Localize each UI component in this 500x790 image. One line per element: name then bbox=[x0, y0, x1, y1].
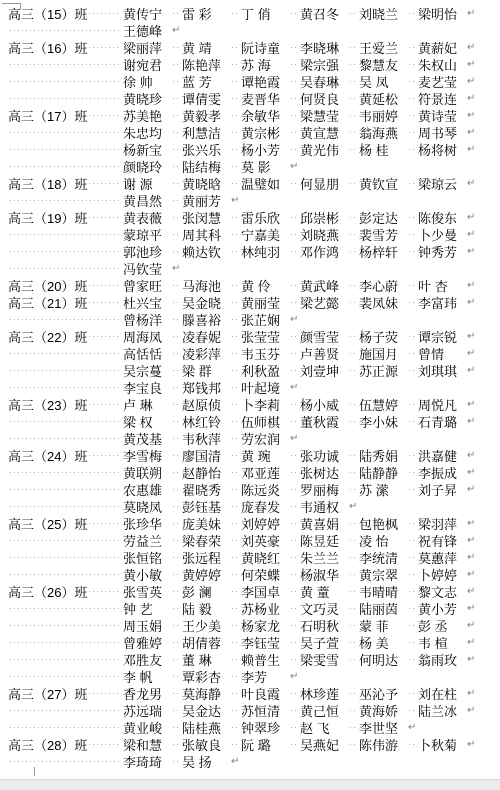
student-name-cell: 刘晓兰 bbox=[359, 4, 418, 23]
roster-line: 曾杨洋滕喜裕张芷娴↵ bbox=[8, 311, 492, 328]
tab-leader-dots bbox=[173, 489, 180, 490]
student-name: 梁琼云 bbox=[418, 174, 466, 193]
tab-leader-dots bbox=[232, 591, 239, 592]
tab-leader-dots bbox=[409, 115, 416, 116]
tab-leader-dots bbox=[291, 523, 298, 524]
tab-leader-dots bbox=[291, 421, 298, 422]
tab-leader-dots bbox=[291, 472, 298, 473]
student-name: 刘琪琪 bbox=[418, 361, 466, 380]
class-label-cell: 高三（16）班 bbox=[8, 38, 123, 57]
tab-leader-dots bbox=[173, 744, 180, 745]
tab-leader-dots bbox=[10, 659, 121, 660]
paragraph-return-mark: ↵ bbox=[349, 498, 357, 515]
tab-leader-dots bbox=[291, 608, 298, 609]
roster-line: 黄业峻陆桂燕钟翠珍赵 飞李世坚↵ bbox=[8, 719, 492, 736]
class-label: 高三（25）班 bbox=[8, 514, 87, 533]
paragraph-return-mark: ↵ bbox=[467, 583, 475, 600]
tab-leader-dots bbox=[232, 744, 239, 745]
paragraph-return-mark: ↵ bbox=[467, 73, 475, 90]
roster-line: 徐 帅蓝 芳谭艳霞吴春琳吴 凤麦艺莹↵ bbox=[8, 73, 492, 90]
roster-line: 钟 艺陆 毅苏杨业文巧灵陆丽茵黄小芳↵ bbox=[8, 600, 492, 617]
continuation-indent-cell bbox=[8, 98, 123, 99]
continuation-indent-cell bbox=[8, 608, 123, 609]
roster-line: 黄联朔赵静怡邓亚莲张树达陆静静李振成↵ bbox=[8, 464, 492, 481]
continuation-indent-cell bbox=[8, 132, 123, 133]
tab-leader-dots bbox=[173, 149, 180, 150]
roster-line: 黄茂基韦秋萍劳宏润↵ bbox=[8, 430, 492, 447]
continuation-indent-cell bbox=[8, 166, 123, 167]
paragraph-return-mark: ↵ bbox=[290, 311, 298, 328]
tab-leader-dots bbox=[173, 387, 180, 388]
tab-leader-dots bbox=[409, 659, 416, 660]
continuation-indent-cell bbox=[8, 506, 123, 507]
roster-line: 高三（26）班张雪英彭 澜李国卓黄 蕫韦晴晴黎文志↵ bbox=[8, 583, 492, 600]
roster-line: 黄小敏黄婷婷何荣蝶杨淑华黄宗翠卜婷婷↵ bbox=[8, 566, 492, 583]
class-label-cell: 高三（24）班 bbox=[8, 446, 123, 465]
roster-line: 高恬恬凌彩萍韦玉芬卢善贤施国月曾情↵ bbox=[8, 345, 492, 362]
continuation-indent-cell bbox=[8, 370, 123, 371]
tab-leader-dots bbox=[291, 574, 298, 575]
tab-leader-dots bbox=[291, 353, 298, 354]
paragraph-return-mark: ↵ bbox=[467, 5, 475, 22]
paragraph-return-mark: ↵ bbox=[467, 396, 475, 413]
student-name: 董秋霞 bbox=[300, 412, 348, 431]
tab-leader-dots bbox=[232, 659, 239, 660]
tab-leader-dots bbox=[291, 727, 298, 728]
tab-leader-dots bbox=[350, 149, 357, 150]
tab-leader-dots bbox=[173, 642, 180, 643]
tab-leader-dots bbox=[173, 761, 180, 762]
student-name: 刘子昇 bbox=[418, 480, 466, 499]
tab-leader-dots bbox=[291, 64, 298, 65]
roster-line: 高三（24）班李雪梅廖国清黄 琬张功诚陆秀娟洪嘉健↵ bbox=[8, 447, 492, 464]
roster-line: 邓胜友董 琳赖普生梁雯雪何明达翁雨玫↵ bbox=[8, 651, 492, 668]
student-name-cell: 杨 桂 bbox=[359, 140, 418, 159]
student-name-cell: 翁雨玫 bbox=[418, 650, 466, 669]
class-label-cell: 高三（18）班 bbox=[8, 174, 123, 193]
tab-leader-dots bbox=[409, 302, 416, 303]
tab-leader-dots bbox=[350, 642, 357, 643]
roster-line: 颜晓玲陆结梅莫 影↵ bbox=[8, 158, 492, 175]
roster-line: 张恒铭张远程黄晓红朱兰兰李统清莫蕙萍↵ bbox=[8, 549, 492, 566]
tab-leader-dots bbox=[89, 336, 121, 337]
paragraph-return-mark: ↵ bbox=[467, 685, 475, 702]
continuation-indent-cell bbox=[8, 676, 123, 677]
student-name-cell: 梁琼云 bbox=[418, 174, 466, 193]
tab-leader-dots bbox=[409, 81, 416, 82]
roster-line: 高三（17）班苏美艳黄毅孝余敏华梁慧莹韦丽婷黄诗莹↵ bbox=[8, 107, 492, 124]
student-name: 赖达钦 bbox=[182, 242, 230, 261]
tab-leader-dots bbox=[232, 625, 239, 626]
tab-leader-dots bbox=[409, 98, 416, 99]
student-name-cell: 吴 扬 bbox=[182, 752, 230, 771]
tab-leader-dots bbox=[232, 642, 239, 643]
class-label: 高三（17）班 bbox=[8, 106, 87, 125]
tab-leader-dots bbox=[232, 472, 239, 473]
tab-leader-dots bbox=[173, 404, 180, 405]
tab-leader-dots bbox=[350, 81, 357, 82]
tab-leader-dots bbox=[232, 438, 239, 439]
tab-leader-dots bbox=[89, 744, 121, 745]
student-name-cell: 刘子昇 bbox=[418, 480, 466, 499]
paragraph-return-mark: ↵ bbox=[231, 192, 239, 209]
tab-leader-dots bbox=[409, 710, 416, 711]
tab-leader-dots bbox=[350, 234, 357, 235]
tab-leader-dots bbox=[10, 642, 121, 643]
student-name: 林纯羽 bbox=[241, 242, 289, 261]
student-name: 苏 潆 bbox=[359, 480, 407, 499]
student-name: 吴燕妃 bbox=[300, 735, 348, 754]
roster-line: 高三（28）班梁和慧张敏良阮 璐吴燕妃陈伟游卜秋菊↵ bbox=[8, 736, 492, 753]
tab-leader-dots bbox=[291, 251, 298, 252]
tab-leader-dots bbox=[232, 353, 239, 354]
tab-leader-dots bbox=[10, 608, 121, 609]
class-label-cell: 高三（21）班 bbox=[8, 293, 123, 312]
tab-leader-dots bbox=[173, 13, 180, 14]
paragraph-return-mark: ↵ bbox=[467, 294, 475, 311]
tab-leader-dots bbox=[173, 472, 180, 473]
paragraph-return-mark: ↵ bbox=[467, 345, 475, 362]
tab-leader-dots bbox=[291, 370, 298, 371]
roster-line: 莫晓凤彭钰基庞春发韦通权↵ bbox=[8, 498, 492, 515]
tab-leader-dots bbox=[409, 217, 416, 218]
student-name-cell: 黄钦宣 bbox=[359, 174, 418, 193]
tab-leader-dots bbox=[173, 591, 180, 592]
tab-leader-dots bbox=[89, 302, 121, 303]
tab-leader-dots bbox=[232, 506, 239, 507]
tab-leader-dots bbox=[232, 455, 239, 456]
tab-leader-dots bbox=[232, 13, 239, 14]
tab-leader-dots bbox=[173, 540, 180, 541]
continuation-indent-cell bbox=[8, 540, 123, 541]
paragraph-return-mark: ↵ bbox=[467, 90, 475, 107]
tab-leader-dots bbox=[10, 251, 121, 252]
tab-leader-dots bbox=[291, 81, 298, 82]
tab-leader-dots bbox=[232, 132, 239, 133]
tab-leader-dots bbox=[232, 693, 239, 694]
tab-leader-dots bbox=[173, 47, 180, 48]
student-name-cell: 雷 彩 bbox=[182, 4, 241, 23]
tab-leader-dots bbox=[350, 285, 357, 286]
tab-leader-dots bbox=[173, 132, 180, 133]
class-label-cell: 高三（19）班 bbox=[8, 208, 123, 227]
student-name-cell: 邓作鸿 bbox=[300, 242, 359, 261]
roster-line: 农惠雄翟晓秀陈远炎罗丽梅苏 潆刘子昇↵ bbox=[8, 481, 492, 498]
tab-leader-dots bbox=[409, 472, 416, 473]
roster-line: 黄晓珍谭倩雯麦晋华何贤良黄延松符景连↵ bbox=[8, 90, 492, 107]
tab-leader-dots bbox=[409, 183, 416, 184]
student-name-cell: 石青璐 bbox=[418, 412, 466, 431]
roster-line: 高三（21）班杜兴宝吴金晓黄丽莹梁艺懿裴凤妹李富玮↵ bbox=[8, 294, 492, 311]
continuation-indent-cell bbox=[8, 251, 123, 252]
student-name: 陈伟游 bbox=[359, 735, 407, 754]
tab-leader-dots bbox=[10, 574, 121, 575]
tab-leader-dots bbox=[89, 285, 121, 286]
tab-leader-dots bbox=[350, 625, 357, 626]
tab-leader-dots bbox=[232, 676, 239, 677]
paragraph-return-mark: ↵ bbox=[467, 328, 475, 345]
tab-leader-dots bbox=[291, 489, 298, 490]
student-name: 李小妹 bbox=[359, 412, 407, 431]
tab-leader-dots bbox=[173, 200, 180, 201]
tab-leader-dots bbox=[350, 98, 357, 99]
class-label-cell: 高三（27）班 bbox=[8, 684, 123, 703]
class-label-cell: 高三（28）班 bbox=[8, 735, 123, 754]
student-name: 黄召冬 bbox=[300, 4, 348, 23]
continuation-indent-cell bbox=[8, 710, 123, 711]
tab-leader-dots bbox=[291, 183, 298, 184]
tab-leader-dots bbox=[173, 353, 180, 354]
tab-leader-dots bbox=[291, 642, 298, 643]
class-label: 高三（28）班 bbox=[8, 735, 87, 754]
tab-leader-dots bbox=[409, 625, 416, 626]
tab-leader-dots bbox=[10, 166, 121, 167]
tab-leader-dots bbox=[350, 421, 357, 422]
tab-leader-dots bbox=[232, 540, 239, 541]
tab-leader-dots bbox=[350, 132, 357, 133]
student-name-cell: 董秋霞 bbox=[300, 412, 359, 431]
student-name-cell: 卜秋菊 bbox=[418, 735, 466, 754]
tab-leader-dots bbox=[173, 625, 180, 626]
tab-leader-dots bbox=[232, 574, 239, 575]
tab-leader-dots bbox=[232, 98, 239, 99]
continuation-indent-cell bbox=[8, 642, 123, 643]
tab-leader-dots bbox=[409, 370, 416, 371]
roster-line: 郭池珍赖达钦林纯羽邓作鸿杨梓轩钟秀芳↵ bbox=[8, 243, 492, 260]
tab-leader-dots bbox=[350, 744, 357, 745]
student-name: 雷 彩 bbox=[182, 4, 230, 23]
paragraph-return-mark: ↵ bbox=[467, 600, 475, 617]
tab-leader-dots bbox=[173, 659, 180, 660]
student-name: 丁 俏 bbox=[241, 4, 289, 23]
tab-leader-dots bbox=[409, 132, 416, 133]
tab-leader-dots bbox=[409, 489, 416, 490]
tab-leader-dots bbox=[10, 472, 121, 473]
tab-leader-dots bbox=[232, 421, 239, 422]
tab-leader-dots bbox=[10, 81, 121, 82]
paragraph-return-mark: ↵ bbox=[467, 447, 475, 464]
tab-leader-dots bbox=[173, 421, 180, 422]
paragraph-return-mark: ↵ bbox=[467, 464, 475, 481]
tab-leader-dots bbox=[291, 217, 298, 218]
tab-leader-dots bbox=[291, 47, 298, 48]
tab-leader-dots bbox=[173, 455, 180, 456]
tab-leader-dots bbox=[10, 64, 121, 65]
tab-leader-dots bbox=[350, 455, 357, 456]
paragraph-return-mark: ↵ bbox=[467, 362, 475, 379]
tab-leader-dots bbox=[350, 302, 357, 303]
tab-leader-dots bbox=[409, 47, 416, 48]
tab-leader-dots bbox=[291, 455, 298, 456]
tab-leader-dots bbox=[232, 608, 239, 609]
tab-leader-dots bbox=[89, 115, 121, 116]
tab-leader-dots bbox=[409, 149, 416, 150]
tab-leader-dots bbox=[173, 557, 180, 558]
tab-leader-dots bbox=[350, 574, 357, 575]
student-name-cell: 钟秀芳 bbox=[418, 242, 466, 261]
student-name-cell: 李小妹 bbox=[359, 412, 418, 431]
student-name: 黄光伟 bbox=[300, 140, 348, 159]
tab-leader-dots bbox=[232, 183, 239, 184]
student-name: 黄钦宣 bbox=[359, 174, 407, 193]
tab-leader-dots bbox=[291, 506, 298, 507]
paragraph-return-mark: ↵ bbox=[290, 379, 298, 396]
tab-leader-dots bbox=[173, 710, 180, 711]
paragraph-return-mark: ↵ bbox=[408, 719, 416, 736]
tab-leader-dots bbox=[173, 336, 180, 337]
tab-leader-dots bbox=[350, 404, 357, 405]
class-label-cell: 高三（25）班 bbox=[8, 514, 123, 533]
tab-leader-dots bbox=[409, 251, 416, 252]
paragraph-return-mark: ↵ bbox=[467, 277, 475, 294]
tab-leader-dots bbox=[173, 64, 180, 65]
tab-leader-dots bbox=[232, 404, 239, 405]
roster-line: 周玉娟王少美杨家龙石明秋蒙 菲彭 丞↵ bbox=[8, 617, 492, 634]
roster-line: 劳益兰梁春荣刘英豪陈昱廷凌 怡祝有锋↵ bbox=[8, 532, 492, 549]
tab-leader-dots bbox=[10, 353, 121, 354]
tab-leader-dots bbox=[232, 47, 239, 48]
tab-leader-dots bbox=[291, 336, 298, 337]
tab-leader-dots bbox=[10, 506, 121, 507]
student-name: 杨将树 bbox=[418, 140, 466, 159]
class-label: 高三（27）班 bbox=[8, 684, 87, 703]
student-name: 苏正源 bbox=[359, 361, 407, 380]
continuation-indent-cell bbox=[8, 149, 123, 150]
student-name-cell: 李富玮 bbox=[418, 293, 466, 312]
tab-leader-dots bbox=[409, 608, 416, 609]
continuation-indent-cell bbox=[8, 353, 123, 354]
roster-line: 朱忠均利慧洁黄宗彬黄宣慧翁海燕周书琴↵ bbox=[8, 124, 492, 141]
tab-leader-dots bbox=[10, 370, 121, 371]
tab-leader-dots bbox=[232, 81, 239, 82]
roster-line: 苏远瑞吴金达苏恒清黄己恒黄海娇陆兰冰↵ bbox=[8, 702, 492, 719]
paragraph-return-mark: ↵ bbox=[172, 260, 180, 277]
student-name-cell: 李琦琦 bbox=[123, 752, 182, 771]
roster-line: 李 帆覃彩杏李芳↵ bbox=[8, 668, 492, 685]
tab-leader-dots bbox=[89, 455, 121, 456]
roster-line: 高三（23）班卢 琳赵原侦卜李莉杨小威伍慧婷周悦凡↵ bbox=[8, 396, 492, 413]
continuation-indent-cell bbox=[8, 727, 123, 728]
roster-line: 吴宗蔓梁 群利秋盈刘壹坤苏正源刘琪琪↵ bbox=[8, 362, 492, 379]
tab-leader-dots bbox=[409, 557, 416, 558]
tab-leader-dots bbox=[10, 625, 121, 626]
tab-leader-dots bbox=[232, 370, 239, 371]
paragraph-return-mark: ↵ bbox=[467, 56, 475, 73]
paragraph-return-mark: ↵ bbox=[290, 668, 298, 685]
tab-leader-dots bbox=[89, 47, 121, 48]
student-name: 杨 桂 bbox=[359, 140, 407, 159]
student-name: 梁艺懿 bbox=[300, 293, 348, 312]
tab-leader-dots bbox=[291, 625, 298, 626]
student-name-cell: 赖达钦 bbox=[182, 242, 241, 261]
student-name-cell: 杨将树 bbox=[418, 140, 466, 159]
student-name: 梁明怡 bbox=[418, 4, 466, 23]
tab-leader-dots bbox=[291, 659, 298, 660]
paragraph-return-mark: ↵ bbox=[467, 141, 475, 158]
tab-leader-dots bbox=[10, 710, 121, 711]
tab-leader-dots bbox=[10, 676, 121, 677]
tab-leader-dots bbox=[173, 166, 180, 167]
tab-leader-dots bbox=[409, 744, 416, 745]
student-name-cell: 黄光伟 bbox=[300, 140, 359, 159]
roster-line: 黄昌然黄丽芳↵ bbox=[8, 192, 492, 209]
student-name: 陆兰冰 bbox=[418, 701, 466, 720]
student-name-cell: 裴凤妹 bbox=[359, 293, 418, 312]
paragraph-return-mark: ↵ bbox=[467, 243, 475, 260]
tab-leader-dots bbox=[173, 319, 180, 320]
tab-leader-dots bbox=[409, 285, 416, 286]
roster-line: 蒙琼平周其科宁嘉美刘晓燕裴雪芳卜少曼↵ bbox=[8, 226, 492, 243]
roster-line: 高三（15）班黄传宁雷 彩丁 俏黄召冬刘晓兰梁明怡↵ bbox=[8, 5, 492, 22]
continuation-indent-cell bbox=[8, 30, 123, 31]
class-label: 高三（21）班 bbox=[8, 293, 87, 312]
continuation-indent-cell bbox=[8, 421, 123, 422]
tab-leader-dots bbox=[10, 132, 121, 133]
tab-leader-dots bbox=[232, 115, 239, 116]
tab-leader-dots bbox=[291, 13, 298, 14]
tab-leader-dots bbox=[173, 115, 180, 116]
student-name: 刘壹坤 bbox=[300, 361, 348, 380]
paragraph-return-mark: ↵ bbox=[467, 124, 475, 141]
continuation-indent-cell bbox=[8, 387, 123, 388]
paragraph-return-mark: ↵ bbox=[467, 226, 475, 243]
tab-leader-dots bbox=[409, 523, 416, 524]
tab-leader-dots bbox=[350, 727, 357, 728]
tab-leader-dots bbox=[350, 336, 357, 337]
tab-leader-dots bbox=[173, 81, 180, 82]
tab-leader-dots bbox=[89, 217, 121, 218]
tab-leader-dots bbox=[10, 268, 121, 269]
tab-leader-dots bbox=[350, 370, 357, 371]
tab-leader-dots bbox=[10, 421, 121, 422]
student-name-cell: 刘壹坤 bbox=[300, 361, 359, 380]
tab-leader-dots bbox=[409, 421, 416, 422]
continuation-indent-cell bbox=[8, 438, 123, 439]
roster-line: 曾雅婷胡倩蓉李钰莹吴子萱杨 美韦 楦↵ bbox=[8, 634, 492, 651]
paragraph-return-mark: ↵ bbox=[172, 22, 180, 39]
roster-line: 杨新宝张兴乐杨小芳黄光伟杨 桂杨将树↵ bbox=[8, 141, 492, 158]
paragraph-return-mark: ↵ bbox=[467, 515, 475, 532]
tab-leader-dots bbox=[409, 574, 416, 575]
tab-leader-dots bbox=[232, 727, 239, 728]
tab-leader-dots bbox=[291, 115, 298, 116]
tab-leader-dots bbox=[409, 64, 416, 65]
tab-leader-dots bbox=[350, 251, 357, 252]
tab-leader-dots bbox=[232, 251, 239, 252]
tab-leader-dots bbox=[10, 387, 121, 388]
tab-leader-dots bbox=[173, 693, 180, 694]
tab-leader-dots bbox=[409, 455, 416, 456]
class-label-cell: 高三（17）班 bbox=[8, 106, 123, 125]
student-name-cell: 阮 璐 bbox=[241, 735, 300, 754]
tab-leader-dots bbox=[409, 234, 416, 235]
class-label: 高三（24）班 bbox=[8, 446, 87, 465]
student-name-cell: 梁艺懿 bbox=[300, 293, 359, 312]
tab-leader-dots bbox=[173, 727, 180, 728]
tab-leader-dots bbox=[409, 404, 416, 405]
tab-leader-dots bbox=[173, 523, 180, 524]
paragraph-return-mark: ↵ bbox=[467, 175, 475, 192]
continuation-indent-cell bbox=[8, 574, 123, 575]
student-name-cell: 梁明怡 bbox=[418, 4, 466, 23]
paragraph-return-mark: ↵ bbox=[467, 651, 475, 668]
tab-leader-dots bbox=[89, 13, 121, 14]
paragraph-return-mark: ↵ bbox=[467, 549, 475, 566]
student-name-cell: 杨梓轩 bbox=[359, 242, 418, 261]
student-name: 梁雯雪 bbox=[300, 650, 348, 669]
tab-leader-dots bbox=[409, 336, 416, 337]
paragraph-return-mark: ↵ bbox=[290, 158, 298, 175]
